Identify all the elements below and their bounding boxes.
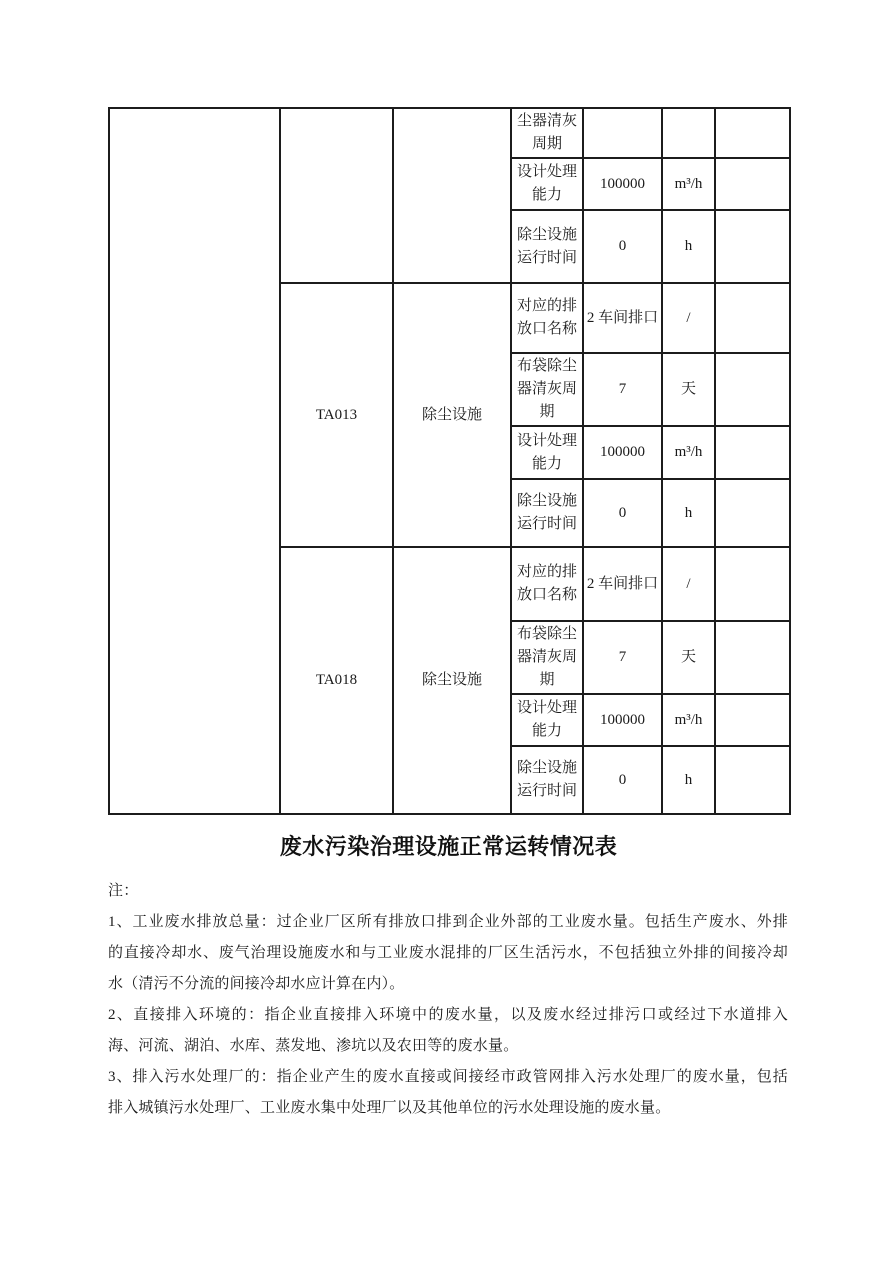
cell-value: 100000 <box>583 694 662 746</box>
note-2-line-1: 2、直接排入环境的：指企业直接排入环境中的废水量，以及废水经过排污口或经过下水道… <box>108 1000 788 1031</box>
cell-unit: / <box>662 283 715 353</box>
cell-facility-code: TA013 <box>280 283 393 547</box>
cell-extra <box>715 210 790 283</box>
cell-param: 设计处理能力 <box>511 694 583 746</box>
cell-param: 除尘设施运行时间 <box>511 210 583 283</box>
cell-value: 0 <box>583 746 662 814</box>
cell-param: 尘器清灰周期 <box>511 108 583 158</box>
note-1-line-3: 水（清污不分流的间接冷却水应计算在内）。 <box>108 969 788 1000</box>
cell-facility-code: TA018 <box>280 547 393 814</box>
cell-extra <box>715 353 790 426</box>
cell-param: 设计处理能力 <box>511 158 583 210</box>
cell-value: 7 <box>583 621 662 694</box>
facility-table-wrap: 尘器清灰周期 设计处理能力 100000 m³/h 除尘设施运行时间 0 h T… <box>108 107 791 815</box>
page-title: 废水污染治理设施正常运转情况表 <box>108 830 789 861</box>
cell-extra <box>715 108 790 158</box>
cell-unit: / <box>662 547 715 621</box>
cell-extra <box>715 547 790 621</box>
cell-param: 对应的排放口名称 <box>511 283 583 353</box>
cell-value: 7 <box>583 353 662 426</box>
cell-value: 0 <box>583 210 662 283</box>
cell-facility-type <box>393 108 511 283</box>
cell-value <box>583 108 662 158</box>
cell-param: 布袋除尘器清灰周期 <box>511 353 583 426</box>
notes-label: 注： <box>108 876 788 907</box>
cell-extra <box>715 621 790 694</box>
note-2-line-2: 海、河流、湖泊、水库、蒸发地、渗坑以及农田等的废水量。 <box>108 1031 788 1062</box>
cell-extra <box>715 746 790 814</box>
cell-unit: m³/h <box>662 158 715 210</box>
cell-param: 布袋除尘器清灰周期 <box>511 621 583 694</box>
cell-unit: m³/h <box>662 694 715 746</box>
cell-unit: 天 <box>662 353 715 426</box>
cell-extra <box>715 694 790 746</box>
cell-param: 设计处理能力 <box>511 426 583 479</box>
cell-param: 除尘设施运行时间 <box>511 479 583 547</box>
cell-unit <box>662 108 715 158</box>
cell-facility-code <box>280 108 393 283</box>
cell-param: 除尘设施运行时间 <box>511 746 583 814</box>
note-3-line-2: 排入城镇污水处理厂、工业废水集中处理厂以及其他单位的污水处理设施的废水量。 <box>108 1093 788 1124</box>
cell-extra <box>715 158 790 210</box>
cell-unit: h <box>662 210 715 283</box>
cell-unit: 天 <box>662 621 715 694</box>
table-row: 尘器清灰周期 <box>109 108 790 158</box>
cell-unit: m³/h <box>662 426 715 479</box>
cell-facility-type: 除尘设施 <box>393 283 511 547</box>
cell-param: 对应的排放口名称 <box>511 547 583 621</box>
cell-value: 100000 <box>583 158 662 210</box>
note-1-line-1: 1、工业废水排放总量：过企业厂区所有排放口排到企业外部的工业废水量。包括生产废水… <box>108 907 788 938</box>
cell-extra <box>715 479 790 547</box>
cell-left-margin <box>109 108 280 814</box>
cell-value: 2 车间排口 <box>583 547 662 621</box>
note-3-line-1: 3、排入污水处理厂的：指企业产生的废水直接或间接经市政管网排入污水处理厂的废水量… <box>108 1062 788 1093</box>
cell-unit: h <box>662 746 715 814</box>
cell-extra <box>715 426 790 479</box>
cell-value: 100000 <box>583 426 662 479</box>
cell-value: 0 <box>583 479 662 547</box>
cell-value: 2 车间排口 <box>583 283 662 353</box>
cell-extra <box>715 283 790 353</box>
facility-operation-table: 尘器清灰周期 设计处理能力 100000 m³/h 除尘设施运行时间 0 h T… <box>108 107 791 815</box>
cell-facility-type: 除尘设施 <box>393 547 511 814</box>
cell-unit: h <box>662 479 715 547</box>
note-1-line-2: 的直接冷却水、废气治理设施废水和与工业废水混排的厂区生活污水，不包括独立外排的间… <box>108 938 788 969</box>
notes-section: 注： 1、工业废水排放总量：过企业厂区所有排放口排到企业外部的工业废水量。包括生… <box>108 876 788 1124</box>
